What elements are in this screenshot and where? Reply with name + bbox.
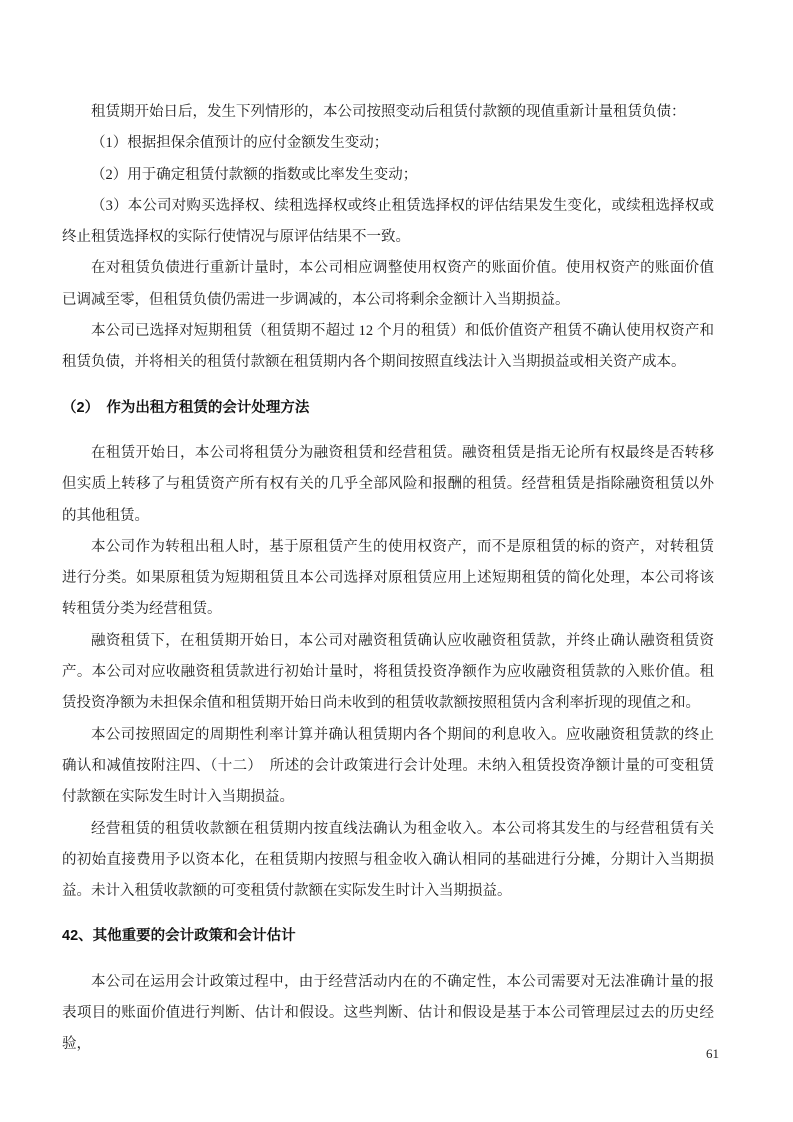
paragraph-interest-income-recognition: 本公司按照固定的周期性利率计算并确认租赁期内各个期间的利息收入。应收融资租赁款的…: [62, 720, 714, 814]
document-body: 租赁期开始日后，发生下列情形的，本公司按照变动后租赁付款额的现值重新计量租赁负债…: [62, 97, 714, 1061]
list-item-guaranteed-residual-change: （1）根据担保余值预计的应付金额发生变动；: [62, 128, 714, 159]
section-heading-other-policies-estimates: 42、其他重要的会计政策和会计估计: [62, 921, 714, 952]
paragraph-finance-lease-recognition: 融资租赁下，在租赁期开始日，本公司对融资租赁确认应收融资租赁款，并终止确认融资租…: [62, 626, 714, 720]
paragraph-sublease-classification: 本公司作为转租出租人时，基于原租赁产生的使用权资产，而不是原租赁的标的资产，对转…: [62, 532, 714, 626]
document-page: 租赁期开始日后，发生下列情形的，本公司按照变动后租赁付款额的现值重新计量租赁负债…: [0, 0, 793, 1122]
list-item-index-rate-change: （2）用于确定租赁付款额的指数或比率发生变动；: [62, 160, 714, 191]
paragraph-right-of-use-adjustment: 在对租赁负债进行重新计量时，本公司相应调整使用权资产的账面价值。使用权资产的账面…: [62, 253, 714, 316]
paragraph-remeasure-lease-liability: 租赁期开始日后，发生下列情形的，本公司按照变动后租赁付款额的现值重新计量租赁负债…: [62, 97, 714, 128]
paragraph-short-term-low-value-lease: 本公司已选择对短期租赁（租赁期不超过 12 个月的租赁）和低价值资产租赁不确认使…: [62, 316, 714, 379]
section-heading-lessor-accounting-method: （2） 作为出租方租赁的会计处理方法: [62, 393, 714, 424]
paragraph-lease-classification: 在租赁开始日，本公司将租赁分为融资租赁和经营租赁。融资租赁是指无论所有权最终是否…: [62, 438, 714, 532]
page-number: 61: [706, 1046, 719, 1062]
list-item-option-reassessment: （3）本公司对购买选择权、续租选择权或终止租赁选择权的评估结果发生变化，或续租选…: [62, 191, 714, 254]
paragraph-accounting-judgements-estimates: 本公司在运用会计政策过程中，由于经营活动内在的不确定性，本公司需要对无法准确计量…: [62, 967, 714, 1061]
paragraph-operating-lease-income: 经营租赁的租赁收款额在租赁期内按直线法确认为租金收入。本公司将其发生的与经营租赁…: [62, 814, 714, 908]
